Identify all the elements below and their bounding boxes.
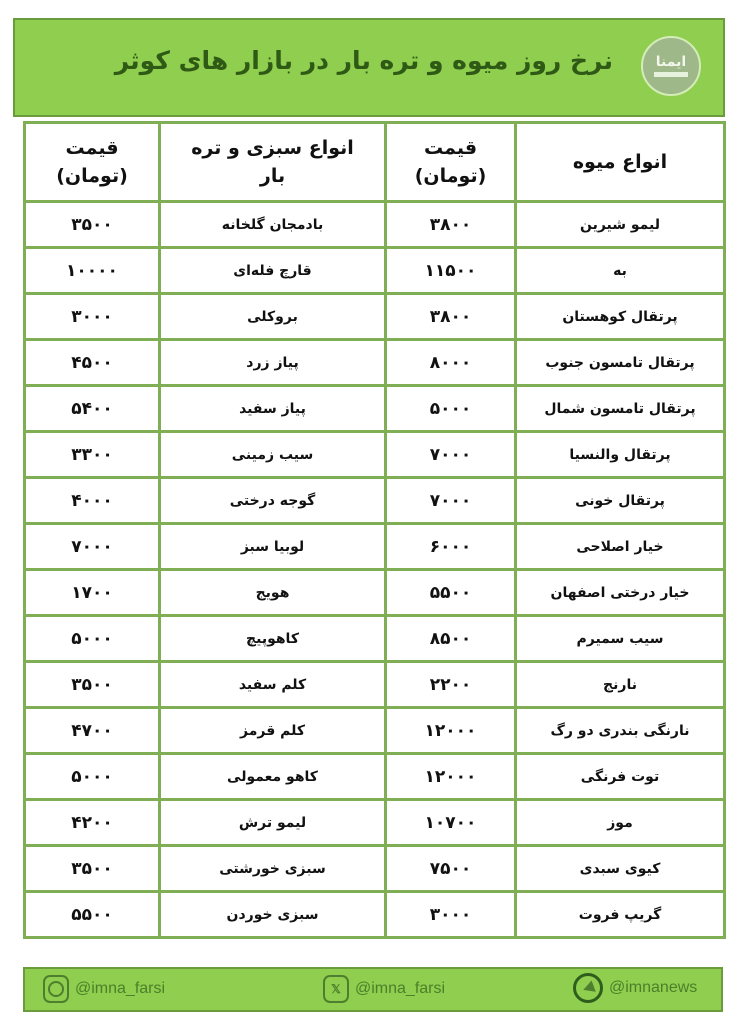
veg-price: ۱۰۰۰۰ (25, 248, 160, 294)
veg-name: هویج (160, 570, 386, 616)
table-row: سیب سمیرم۸۵۰۰کاهوپیچ۵۰۰۰ (25, 616, 725, 662)
fruit-name: خیار درختی اصفهان (516, 570, 725, 616)
veg-name: قارچ فله‌ای (160, 248, 386, 294)
veg-price: ۱۷۰۰ (25, 570, 160, 616)
fruit-price: ۷۰۰۰ (386, 478, 516, 524)
logo-underline (654, 72, 688, 77)
veg-price: ۵۰۰۰ (25, 754, 160, 800)
veg-price: ۳۵۰۰ (25, 662, 160, 708)
veg-name: لیمو ترش (160, 800, 386, 846)
fruit-name: پرتقال تامسون شمال (516, 386, 725, 432)
table-row: گریپ فروت۳۰۰۰سبزی خوردن۵۵۰۰ (25, 892, 725, 938)
column-header-label: انواع میوه (573, 151, 667, 173)
veg-name: پیاز سفید (160, 386, 386, 432)
table-row: پرتقال کوهستان۳۸۰۰بروکلی۳۰۰۰ (25, 294, 725, 340)
fruit-name: پرتقال والنسیا (516, 432, 725, 478)
fruit-name: پرتقال تامسون جنوب (516, 340, 725, 386)
column-header-unit: (تومان) (56, 165, 128, 187)
table-row: پرتقال خونی۷۰۰۰گوجه درختی۴۰۰۰ (25, 478, 725, 524)
veg-name: گوجه درختی (160, 478, 386, 524)
page-title: نرخ روز میوه و تره بار در بازار های کوثر (115, 46, 613, 75)
table-row: کیوی سبدی۷۵۰۰سبزی خورشتی۳۵۰۰ (25, 846, 725, 892)
fruit-price: ۸۵۰۰ (386, 616, 516, 662)
price-table: انواع میوه قیمت(تومان) انواع سبزی و ترهب… (23, 121, 726, 939)
table-row: توت فرنگی۱۲۰۰۰کاهو معمولی۵۰۰۰ (25, 754, 725, 800)
fruit-name: نارنج (516, 662, 725, 708)
veg-name: کلم قرمز (160, 708, 386, 754)
table-row: پرتقال تامسون جنوب۸۰۰۰پیاز زرد۴۵۰۰ (25, 340, 725, 386)
veg-name: کلم سفید (160, 662, 386, 708)
veg-price: ۵۰۰۰ (25, 616, 160, 662)
column-header-unit: (تومان) (415, 165, 487, 187)
fruit-name: گریپ فروت (516, 892, 725, 938)
fruit-name: لیمو شیرین (516, 202, 725, 248)
veg-name: سبزی خورشتی (160, 846, 386, 892)
table-row: پرتقال تامسون شمال۵۰۰۰پیاز سفید۵۴۰۰ (25, 386, 725, 432)
telegram-handle: @imnanews (609, 979, 697, 997)
column-header-label-cont: بار (260, 165, 285, 187)
fruit-name: به (516, 248, 725, 294)
veg-price: ۴۷۰۰ (25, 708, 160, 754)
veg-price: ۳۰۰۰ (25, 294, 160, 340)
veg-name: بادمجان گلخانه (160, 202, 386, 248)
veg-name: پیاز زرد (160, 340, 386, 386)
fruit-price: ۸۰۰۰ (386, 340, 516, 386)
logo-mark: ایمنا (656, 55, 686, 69)
table-row: خیار درختی اصفهان۵۵۰۰هویج۱۷۰۰ (25, 570, 725, 616)
column-header-label: انواع سبزی و تره (191, 137, 354, 159)
veg-price: ۵۴۰۰ (25, 386, 160, 432)
fruit-name: توت فرنگی (516, 754, 725, 800)
social-footer: @imna_farsi 𝕏 @imna_farsi @imnanews (23, 967, 723, 1012)
veg-name: سبزی خوردن (160, 892, 386, 938)
fruit-price: ۱۱۵۰۰ (386, 248, 516, 294)
veg-name: سیب زمینی (160, 432, 386, 478)
fruit-price: ۱۰۷۰۰ (386, 800, 516, 846)
table-row: موز۱۰۷۰۰لیمو ترش۴۲۰۰ (25, 800, 725, 846)
table-row: نارنگی بندری دو رگ۱۲۰۰۰کلم قرمز۴۷۰۰ (25, 708, 725, 754)
fruit-price: ۳۸۰۰ (386, 294, 516, 340)
table-row: خیار اصلاحی۶۰۰۰لوبیا سبز۷۰۰۰ (25, 524, 725, 570)
imna-logo-icon: ایمنا (641, 36, 701, 96)
fruit-name: نارنگی بندری دو رگ (516, 708, 725, 754)
veg-name: کاهوپیچ (160, 616, 386, 662)
veg-price: ۵۵۰۰ (25, 892, 160, 938)
veg-price: ۴۰۰۰ (25, 478, 160, 524)
table-row: به۱۱۵۰۰قارچ فله‌ای۱۰۰۰۰ (25, 248, 725, 294)
instagram-handle: @imna_farsi (75, 980, 165, 998)
fruit-name: پرتقال خونی (516, 478, 725, 524)
fruit-price: ۷۰۰۰ (386, 432, 516, 478)
twitter-handle: @imna_farsi (355, 980, 445, 998)
column-header-fruit-price: قیمت(تومان) (386, 123, 516, 202)
column-header-veg: انواع سبزی و ترهبار (160, 123, 386, 202)
column-header-veg-price: قیمت(تومان) (25, 123, 160, 202)
telegram-link[interactable]: @imnanews (573, 973, 697, 1003)
veg-price: ۴۲۰۰ (25, 800, 160, 846)
fruit-price: ۵۵۰۰ (386, 570, 516, 616)
fruit-price: ۵۰۰۰ (386, 386, 516, 432)
table-header-row: انواع میوه قیمت(تومان) انواع سبزی و ترهب… (25, 123, 725, 202)
fruit-name: پرتقال کوهستان (516, 294, 725, 340)
instagram-link[interactable]: @imna_farsi (43, 975, 165, 1003)
veg-price: ۳۵۰۰ (25, 202, 160, 248)
fruit-price: ۳۰۰۰ (386, 892, 516, 938)
veg-name: کاهو معمولی (160, 754, 386, 800)
table-row: نارنج۲۲۰۰کلم سفید۳۵۰۰ (25, 662, 725, 708)
veg-price: ۳۳۰۰ (25, 432, 160, 478)
veg-name: لوبیا سبز (160, 524, 386, 570)
veg-price: ۴۵۰۰ (25, 340, 160, 386)
fruit-price: ۲۲۰۰ (386, 662, 516, 708)
veg-name: بروکلی (160, 294, 386, 340)
fruit-price: ۱۲۰۰۰ (386, 708, 516, 754)
table-row: پرتقال والنسیا۷۰۰۰سیب زمینی۳۳۰۰ (25, 432, 725, 478)
title-banner: نرخ روز میوه و تره بار در بازار های کوثر… (13, 18, 725, 117)
fruit-price: ۶۰۰۰ (386, 524, 516, 570)
twitter-link[interactable]: 𝕏 @imna_farsi (323, 975, 445, 1003)
telegram-icon (573, 973, 603, 1003)
instagram-icon (43, 975, 69, 1003)
column-header-label: قیمت (65, 137, 118, 159)
fruit-name: موز (516, 800, 725, 846)
veg-price: ۷۰۰۰ (25, 524, 160, 570)
fruit-name: سیب سمیرم (516, 616, 725, 662)
twitter-icon: 𝕏 (323, 975, 349, 1003)
fruit-price: ۳۸۰۰ (386, 202, 516, 248)
column-header-fruit: انواع میوه (516, 123, 725, 202)
table-row: لیمو شیرین۳۸۰۰بادمجان گلخانه۳۵۰۰ (25, 202, 725, 248)
fruit-name: خیار اصلاحی (516, 524, 725, 570)
fruit-price: ۱۲۰۰۰ (386, 754, 516, 800)
fruit-name: کیوی سبدی (516, 846, 725, 892)
column-header-label: قیمت (424, 137, 477, 159)
veg-price: ۳۵۰۰ (25, 846, 160, 892)
fruit-price: ۷۵۰۰ (386, 846, 516, 892)
